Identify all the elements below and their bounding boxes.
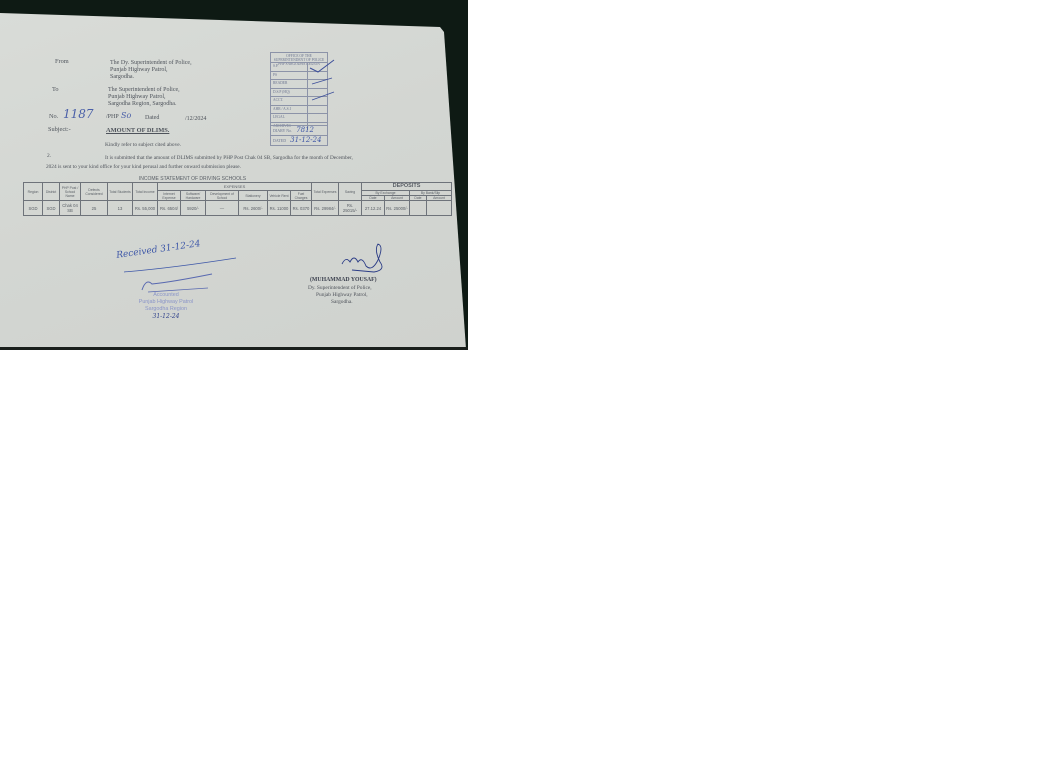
dated-value: /12/2024 bbox=[185, 116, 206, 123]
cell-vehicle: Rs. 11000 bbox=[268, 201, 291, 216]
stamp-dated-label: DATED bbox=[273, 138, 286, 143]
to-line-2: Punjab Highway Patrol, bbox=[108, 94, 166, 101]
col-internet: Internet Expense bbox=[158, 191, 181, 201]
col-income: Total Income bbox=[133, 183, 158, 201]
dated-label: Dated bbox=[145, 115, 159, 122]
signature-scribble bbox=[338, 242, 390, 276]
cell-post: Chak 04 SB bbox=[60, 201, 81, 216]
col-post: PHP Post / School Name bbox=[60, 183, 81, 201]
col-development: Development of School bbox=[206, 191, 239, 201]
to-line-3: Sargodha Region, Sargodha. bbox=[108, 101, 176, 108]
reference-number: So bbox=[121, 111, 131, 120]
deposits-group: DEPOSITS bbox=[362, 183, 452, 191]
stamp-dated: DATED31-12-24 bbox=[271, 135, 327, 145]
col-district: District bbox=[43, 183, 60, 201]
income-statement-table: INCOME STATEMENT OF DRIVING SCHOOLS Regi… bbox=[23, 176, 452, 216]
paragraph-2-line-1: It is submitted that the amount of DLIMS… bbox=[105, 155, 353, 162]
col-saving: Saving bbox=[339, 183, 362, 201]
col-total-expenses: Total Expenses bbox=[312, 183, 339, 201]
cell-software: 5920/- bbox=[181, 201, 206, 216]
cell-deposit-date: 27.12.24 bbox=[362, 201, 385, 216]
cell-defects: 25 bbox=[81, 201, 108, 216]
cell-district: SGD bbox=[43, 201, 60, 216]
col-students: Total Students bbox=[108, 183, 133, 201]
accounted-stamp: Accounted Punjab Highway Patrol Sargodha… bbox=[126, 292, 206, 320]
stamp-footer: DIARY No.7812 DATED31-12-24 bbox=[271, 125, 327, 145]
cell-deposit-amount: Rs. 25000/- bbox=[385, 201, 410, 216]
signatory-name: (MUHAMMAD YOUSAF) bbox=[310, 277, 377, 284]
subject: AMOUNT OF DLIMS. bbox=[106, 127, 169, 134]
cell-bank-amount bbox=[427, 201, 452, 216]
col-defects: Defects Considered bbox=[81, 183, 108, 201]
from-label: From bbox=[55, 58, 69, 65]
table-row: SGD SGD Chak 04 SB 25 13 Rs. 55,000 Rs. … bbox=[24, 201, 452, 216]
annotation-strokes bbox=[112, 252, 242, 297]
accounted-line-2: Punjab Highway Patrol bbox=[126, 299, 206, 306]
paragraph-2-number: 2. bbox=[47, 153, 51, 160]
cell-saving: Rs. 25015/- bbox=[339, 201, 362, 216]
col-region: Region bbox=[24, 183, 43, 201]
paragraph-1: Kindly refer to subject cited above. bbox=[105, 142, 181, 149]
signatory-line-1: Dy. Superintendent of Police, bbox=[308, 285, 372, 292]
stamp-tick-marks bbox=[300, 50, 340, 105]
from-line-1: The Dy. Superintendent of Police, bbox=[110, 60, 192, 67]
col-vehicle: Vehicle Rent bbox=[268, 191, 291, 201]
cell-bank-date bbox=[410, 201, 427, 216]
cell-fuel: Rs. 0370 bbox=[291, 201, 312, 216]
stamp-dated-value: 31-12-24 bbox=[290, 136, 321, 144]
paragraph-2-line-2: 2024 is sent to your kind office for you… bbox=[46, 164, 241, 171]
letter-number: 1187 bbox=[63, 108, 94, 120]
number-label: No. bbox=[49, 113, 58, 120]
to-line-1: The Superintendent of Police, bbox=[108, 87, 180, 94]
from-line-3: Sargodha. bbox=[110, 74, 134, 81]
cell-income: Rs. 55,000 bbox=[133, 201, 158, 216]
subject-label: Subject:- bbox=[48, 126, 71, 133]
signatory-line-2: Punjab Highway Patrol, bbox=[316, 292, 368, 299]
col-fuel: Fuel Charges bbox=[291, 191, 312, 201]
document-photo: From The Dy. Superintendent of Police, P… bbox=[0, 0, 468, 350]
diary-label: DIARY No. bbox=[273, 128, 292, 133]
stamp-row: AHR / A.S.I bbox=[271, 105, 327, 114]
cell-stationery: Rs. 2600/- bbox=[239, 201, 268, 216]
accounted-line-3: Sargodha Region bbox=[126, 306, 206, 313]
signatory-line-3: Sargodha. bbox=[331, 299, 353, 306]
cell-total-expenses: Rs. 29984/- bbox=[312, 201, 339, 216]
accounted-line-1: Accounted bbox=[126, 292, 206, 299]
accounted-date: 31-12-24 bbox=[126, 313, 206, 320]
col-stationery: Stationery bbox=[239, 191, 268, 201]
stamp-diary: DIARY No.7812 bbox=[271, 125, 327, 135]
col-software: Software/ Hardware bbox=[181, 191, 206, 201]
cell-internet: Rs. 6504/ bbox=[158, 201, 181, 216]
cell-students: 13 bbox=[108, 201, 133, 216]
expenses-group: EXPENSES bbox=[158, 183, 312, 191]
reference-prefix: /PHP bbox=[106, 114, 119, 121]
diary-number: 7812 bbox=[296, 126, 314, 134]
to-label: To bbox=[52, 86, 59, 93]
stamp-row: LEGAL bbox=[271, 113, 327, 122]
cell-development: — bbox=[206, 201, 239, 216]
from-line-2: Punjab Highway Patrol, bbox=[110, 67, 168, 74]
letter: From The Dy. Superintendent of Police, P… bbox=[0, 0, 468, 350]
cell-region: SGD bbox=[24, 201, 43, 216]
